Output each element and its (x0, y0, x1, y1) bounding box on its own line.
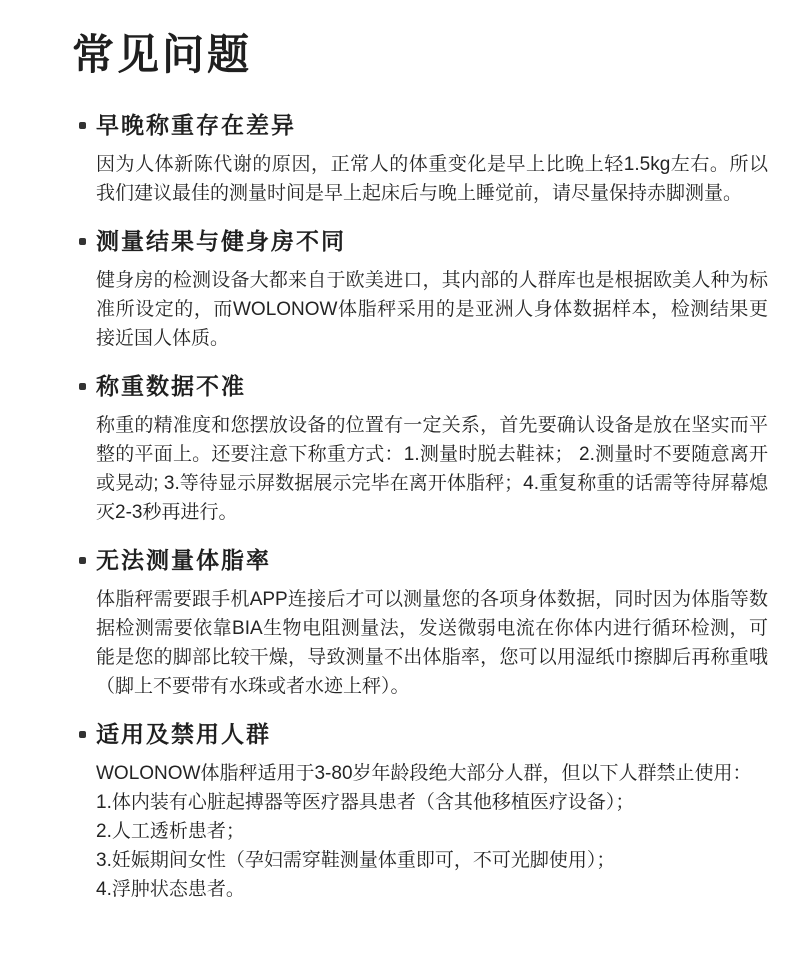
body-line: 4.浮肿状态患者。 (96, 875, 768, 904)
section-heading-row: 称重数据不准 (72, 371, 768, 401)
faq-section-no-body-fat: 无法测量体脂率 体脂秤需要跟手机APP连接后才可以测量您的各项身体数据，同时因为… (72, 545, 768, 701)
section-heading-row: 测量结果与健身房不同 (72, 226, 768, 256)
section-heading: 称重数据不准 (96, 371, 246, 401)
section-body: 健身房的检测设备大都来自于欧美进口，其内部的人群库也是根据欧美人种为标准所设定的… (96, 266, 768, 353)
faq-section-weight-difference: 早晚称重存在差异 因为人体新陈代谢的原因，正常人的体重变化是早上比晚上轻1.5k… (72, 110, 768, 208)
faq-section-gym-difference: 测量结果与健身房不同 健身房的检测设备大都来自于欧美进口，其内部的人群库也是根据… (72, 226, 768, 353)
body-line: 2.人工透析患者； (96, 817, 768, 846)
section-body: WOLONOW体脂秤适用于3-80岁年龄段绝大部分人群，但以下人群禁止使用： 1… (96, 759, 768, 904)
body-line: 3.妊娠期间女性（孕妇需穿鞋测量体重即可，不可光脚使用）； (96, 846, 768, 875)
bullet-icon (79, 731, 86, 738)
section-heading-row: 适用及禁用人群 (72, 719, 768, 749)
section-heading-row: 早晚称重存在差异 (72, 110, 768, 140)
section-body: 称重的精准度和您摆放设备的位置有一定关系，首先要确认设备是放在坚实而平整的平面上… (96, 411, 768, 527)
section-heading: 早晚称重存在差异 (96, 110, 296, 140)
faq-page: 常见问题 早晚称重存在差异 因为人体新陈代谢的原因，正常人的体重变化是早上比晚上… (0, 0, 800, 965)
body-line: 1.体内装有心脏起搏器等医疗器具患者（含其他移植医疗设备）； (96, 788, 768, 817)
bullet-icon (79, 122, 86, 129)
page-title: 常见问题 (72, 30, 768, 80)
section-heading: 无法测量体脂率 (96, 545, 271, 575)
bullet-icon (79, 383, 86, 390)
section-body: 体脂秤需要跟手机APP连接后才可以测量您的各项身体数据，同时因为体脂等数据检测需… (96, 585, 768, 701)
section-heading: 适用及禁用人群 (96, 719, 271, 749)
section-body: 因为人体新陈代谢的原因，正常人的体重变化是早上比晚上轻1.5kg左右。所以我们建… (96, 150, 768, 208)
body-line: WOLONOW体脂秤适用于3-80岁年龄段绝大部分人群，但以下人群禁止使用： (96, 759, 768, 788)
bullet-icon (79, 238, 86, 245)
section-heading-row: 无法测量体脂率 (72, 545, 768, 575)
bullet-icon (79, 557, 86, 564)
faq-section-applicable-users: 适用及禁用人群 WOLONOW体脂秤适用于3-80岁年龄段绝大部分人群，但以下人… (72, 719, 768, 904)
section-heading: 测量结果与健身房不同 (96, 226, 346, 256)
faq-section-inaccurate-data: 称重数据不准 称重的精准度和您摆放设备的位置有一定关系，首先要确认设备是放在坚实… (72, 371, 768, 527)
